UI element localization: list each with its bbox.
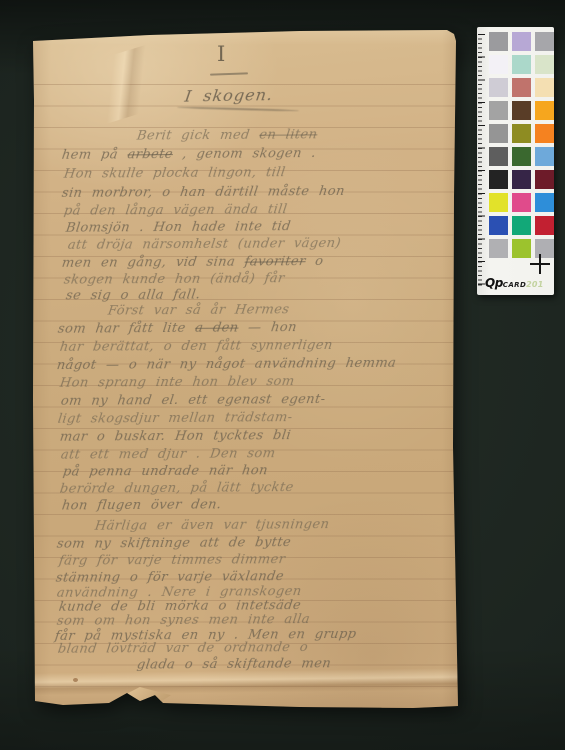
- handwriting-line: stämning o för varje växlande: [55, 569, 285, 586]
- color-patch: [535, 78, 554, 97]
- color-patch: [489, 124, 508, 143]
- handwriting-line: att dröja närsomhelst (under vägen): [67, 236, 342, 253]
- handwriting-line: att ett med djur . Den som: [60, 446, 276, 462]
- color-patch: [489, 239, 508, 258]
- color-patch: [512, 216, 531, 235]
- handwriting-line: färg för varje timmes dimmer: [58, 552, 286, 569]
- color-patch: [512, 193, 531, 212]
- handwriting-line: som ny skiftninge att de bytte: [56, 535, 292, 552]
- color-patch: [489, 216, 508, 235]
- logo-model-number: 201: [526, 280, 543, 289]
- color-patch: [535, 147, 554, 166]
- color-patch: [512, 147, 531, 166]
- handwriting-line: något — o när ny något användning hemma: [56, 356, 397, 373]
- handwriting-line: skogen kunde hon (ändå) får: [63, 271, 286, 288]
- color-calibration-card: QpCARD201: [477, 27, 554, 295]
- handwriting-line: ligt skogsdjur mellan trädstam-: [57, 410, 294, 427]
- ruler-ticks: [478, 34, 488, 287]
- handwriting-line: sin morbror, o han därtill måste hon: [61, 184, 346, 201]
- section-numeral: I: [217, 42, 226, 66]
- color-patch: [512, 124, 531, 143]
- handwriting-line: Blomsjön . Hon hade inte tid: [65, 219, 292, 236]
- handwriting-line: om ny hand el. ett egenast egent-: [60, 392, 326, 409]
- handwriting-line: men en gång, vid sina favoriter o: [61, 254, 324, 271]
- handwriting-line: på den långa vägen ända till: [63, 202, 288, 219]
- color-patch: [535, 55, 554, 74]
- registration-cross-icon: [530, 254, 550, 274]
- handwriting-line: hon flugen över den.: [61, 497, 222, 513]
- color-patch: [512, 55, 531, 74]
- color-patch: [489, 101, 508, 120]
- qpcard-logo: QpCARD201: [485, 272, 543, 291]
- handwriting-line: se sig o alla fall.: [65, 288, 201, 304]
- color-patch: [535, 32, 554, 51]
- color-patch: [512, 101, 531, 120]
- handwriting-line: på penna undrade när hon: [62, 463, 269, 479]
- handwriting-line: berörde dungen, på lätt tyckte: [59, 480, 295, 497]
- logo-card-text: CARD: [503, 281, 526, 289]
- archive-photo: I I skogen. Berit gick med en litenhem p…: [0, 0, 565, 750]
- handwriting-line: som har fått lite a den — hon: [57, 320, 298, 337]
- handwriting-line: bland lövträd var de ordnande o: [57, 640, 309, 657]
- color-patch: [489, 32, 508, 51]
- color-patch: [512, 78, 531, 97]
- handwriting-line: som om hon synes men inte alla: [56, 612, 311, 629]
- numeral-underline: [210, 72, 248, 75]
- color-patch: [512, 32, 531, 51]
- section-heading: I skogen.: [184, 85, 275, 106]
- color-patch: [489, 193, 508, 212]
- color-patch: [489, 170, 508, 189]
- manuscript-paper: I I skogen. Berit gick med en litenhem p…: [33, 27, 458, 712]
- color-patch: [512, 170, 531, 189]
- paper-stain: [73, 678, 78, 682]
- handwriting-line: glada o så skiftande men: [136, 656, 332, 672]
- logo-qp-text: Qp: [485, 276, 503, 290]
- color-patch: [489, 147, 508, 166]
- color-patch: [535, 193, 554, 212]
- color-patch: [489, 55, 508, 74]
- handwriting-line: Hon sprang inte hon blev som: [59, 374, 296, 391]
- color-patch: [535, 124, 554, 143]
- handwriting-line: har berättat, o den fått synnerligen: [59, 338, 334, 355]
- color-patch-grid: [489, 32, 554, 258]
- handwriting-line: Härliga er även var tjusningen: [94, 517, 330, 534]
- color-patch: [512, 239, 531, 258]
- color-patch: [489, 78, 508, 97]
- handwriting-line: mar o buskar. Hon tycktes bli: [59, 428, 292, 445]
- handwriting-line: Först var så år Hermes: [107, 302, 290, 318]
- handwriting-line: Berit gick med en liten: [136, 127, 318, 143]
- handwriting-line: hem på arbete , genom skogen .: [61, 146, 317, 163]
- color-patch: [535, 101, 554, 120]
- color-patch: [535, 216, 554, 235]
- handwriting-line: Hon skulle plocka lingon, till: [63, 165, 286, 182]
- color-patch: [535, 170, 554, 189]
